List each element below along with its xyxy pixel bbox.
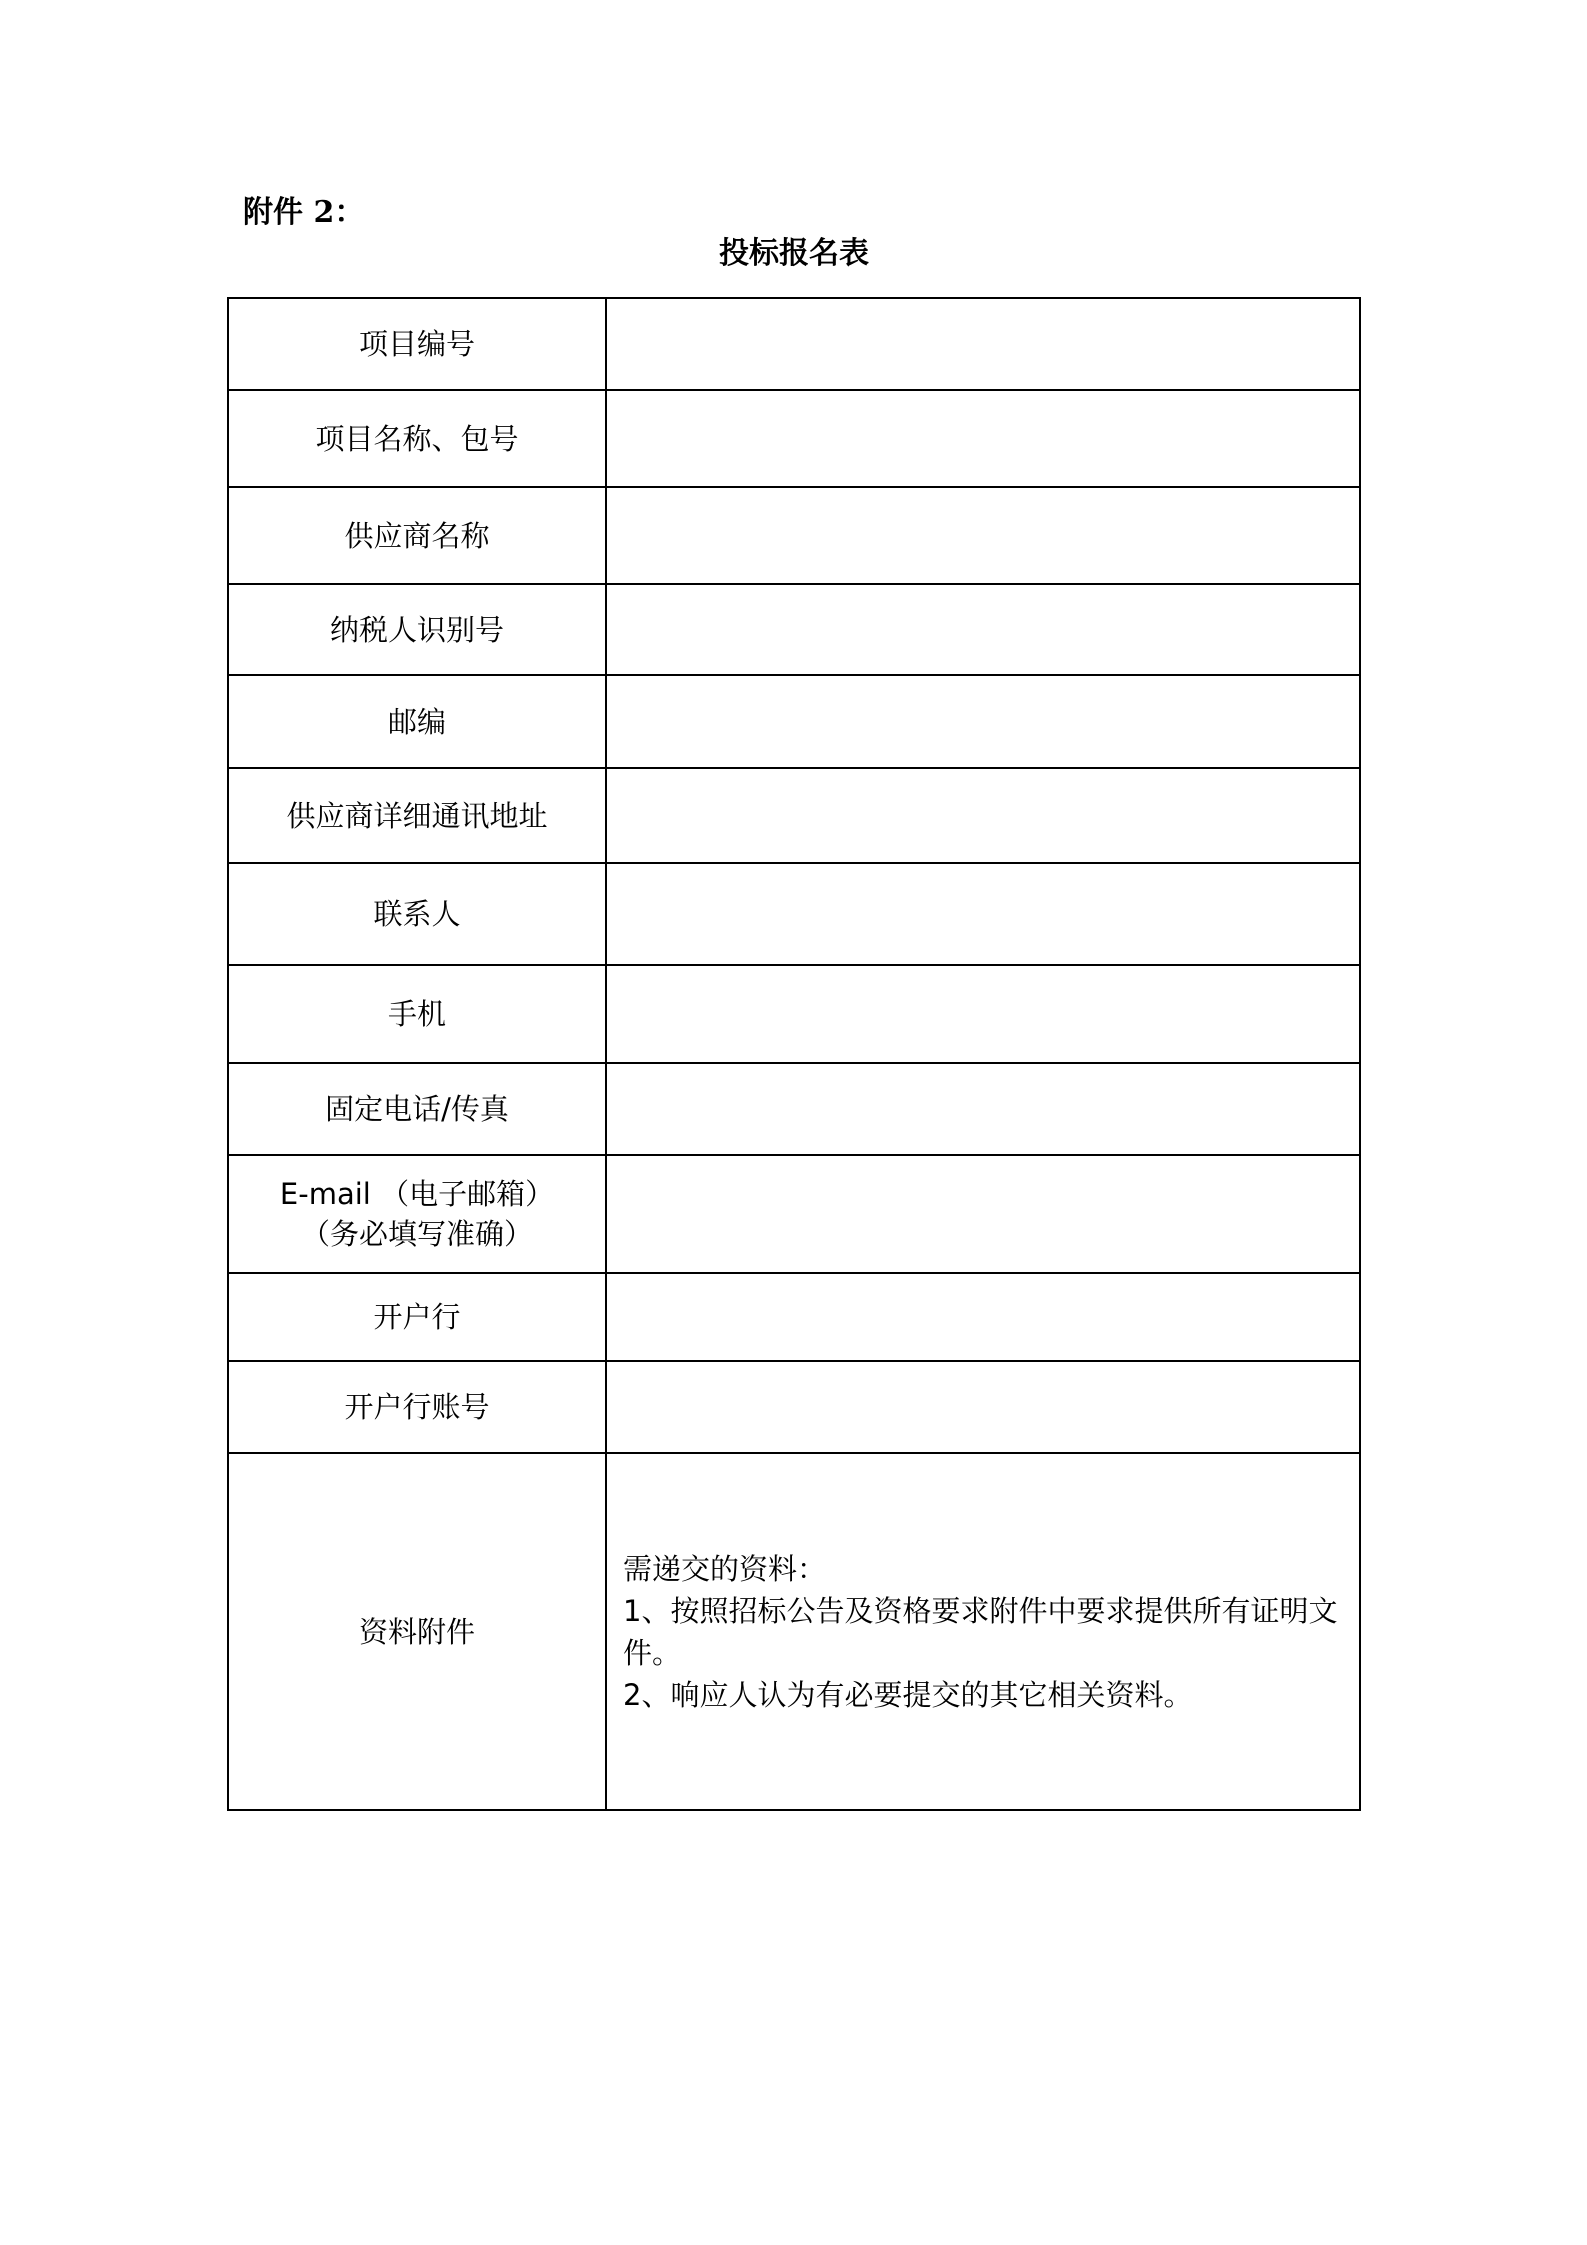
attachments-item-2: 2、响应人认为有必要提交的其它相关资料。: [623, 1674, 1347, 1716]
project-name-input[interactable]: [607, 431, 1359, 448]
field-bank-account[interactable]: [606, 1361, 1360, 1453]
label-bank: 开户行: [228, 1273, 606, 1361]
table-row-bank-account: 开户行账号: [228, 1361, 1360, 1453]
label-contact: 联系人: [228, 863, 606, 965]
contact-input[interactable]: [607, 907, 1359, 924]
field-phone-fax[interactable]: [606, 1063, 1360, 1155]
page-title: 投标报名表: [594, 234, 994, 274]
tax-id-input[interactable]: [607, 622, 1359, 639]
label-bank-account: 开户行账号: [228, 1361, 606, 1453]
field-contact[interactable]: [606, 863, 1360, 965]
attachments-item-1: 1、按照招标公告及资格要求附件中要求提供所有证明文件。: [623, 1590, 1347, 1674]
field-bank[interactable]: [606, 1273, 1360, 1361]
bank-input[interactable]: [607, 1310, 1359, 1327]
table-row-postcode: 邮编: [228, 675, 1360, 768]
table-row-phone-fax: 固定电话/传真: [228, 1063, 1360, 1155]
table-row-contact: 联系人: [228, 863, 1360, 965]
bank-account-input[interactable]: [607, 1400, 1359, 1417]
field-supplier-name[interactable]: [606, 487, 1360, 584]
table-row-project-name: 项目名称、包号: [228, 390, 1360, 487]
table-row-tax-id: 纳税人识别号: [228, 584, 1360, 675]
field-project-name[interactable]: [606, 390, 1360, 487]
field-email[interactable]: [606, 1155, 1360, 1273]
table-row-attachments: 资料附件 需递交的资料： 1、按照招标公告及资格要求附件中要求提供所有证明文件。…: [228, 1453, 1360, 1810]
table-row-project-number: 项目编号: [228, 298, 1360, 390]
label-postcode: 邮编: [228, 675, 606, 768]
table-row-email: E-mail （电子邮箱） （务必填写准确）: [228, 1155, 1360, 1273]
label-supplier-name: 供应商名称: [228, 487, 606, 584]
registration-form-table: 项目编号 项目名称、包号 供应商名称 纳税人识别号 邮编 供应商详细通讯地址 联…: [227, 297, 1361, 1811]
label-mobile: 手机: [228, 965, 606, 1063]
attachment-number: 附件 2：: [243, 193, 364, 233]
field-mobile[interactable]: [606, 965, 1360, 1063]
table-row-bank: 开户行: [228, 1273, 1360, 1361]
label-project-number: 项目编号: [228, 298, 606, 390]
email-input[interactable]: [607, 1207, 1359, 1224]
mobile-input[interactable]: [607, 1007, 1359, 1024]
label-email-line2: （务必填写准确）: [229, 1214, 605, 1254]
label-project-name: 项目名称、包号: [228, 390, 606, 487]
table-row-supplier-name: 供应商名称: [228, 487, 1360, 584]
label-address: 供应商详细通讯地址: [228, 768, 606, 863]
table-row-mobile: 手机: [228, 965, 1360, 1063]
field-project-number[interactable]: [606, 298, 1360, 390]
postcode-input[interactable]: [607, 714, 1359, 731]
table-row-address: 供应商详细通讯地址: [228, 768, 1360, 863]
label-email-line1: E-mail （电子邮箱）: [229, 1174, 605, 1214]
field-postcode[interactable]: [606, 675, 1360, 768]
label-tax-id: 纳税人识别号: [228, 584, 606, 675]
label-attachments: 资料附件: [228, 1453, 606, 1810]
label-email: E-mail （电子邮箱） （务必填写准确）: [228, 1155, 606, 1273]
phone-fax-input[interactable]: [607, 1102, 1359, 1119]
attachments-note: 需递交的资料： 1、按照招标公告及资格要求附件中要求提供所有证明文件。 2、响应…: [606, 1453, 1360, 1810]
field-address[interactable]: [606, 768, 1360, 863]
address-input[interactable]: [607, 808, 1359, 825]
label-phone-fax: 固定电话/传真: [228, 1063, 606, 1155]
project-number-input[interactable]: [607, 337, 1359, 354]
field-tax-id[interactable]: [606, 584, 1360, 675]
supplier-name-input[interactable]: [607, 528, 1359, 545]
attachments-heading: 需递交的资料：: [623, 1548, 1347, 1590]
